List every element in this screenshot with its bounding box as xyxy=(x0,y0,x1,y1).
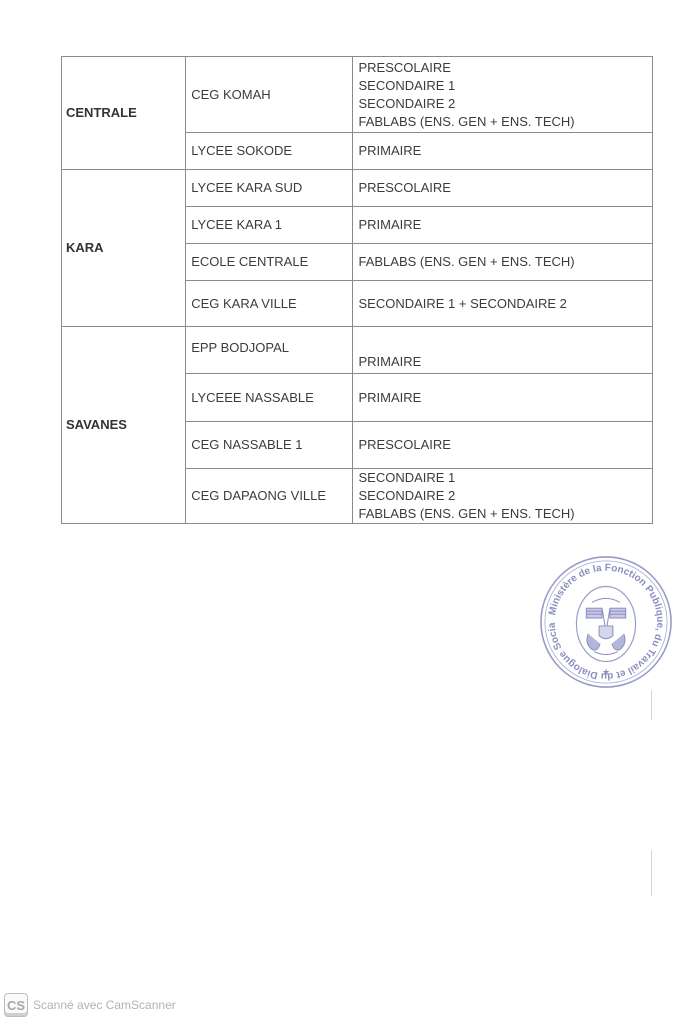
school-cell: LYCEE KARA SUD xyxy=(186,170,353,207)
level-cell: PRIMAIRE xyxy=(353,133,653,170)
level-cell: PRIMAIRE xyxy=(353,207,653,244)
region-cell: KARA xyxy=(62,170,186,327)
school-cell: ECOLE CENTRALE xyxy=(186,244,353,281)
star-icon: ★ xyxy=(602,667,610,677)
scan-artifact-line xyxy=(651,690,652,720)
level-item: PRESCOLAIRE xyxy=(358,59,647,77)
coat-of-arms-icon xyxy=(586,598,625,654)
level-cell: PRIMAIRE xyxy=(353,374,653,422)
level-cell: PRESCOLAIRE xyxy=(353,422,653,469)
level-item: PRIMAIRE xyxy=(358,389,647,407)
camscanner-watermark: CS Scanné avec CamScanner xyxy=(4,993,176,1017)
level-item: SECONDAIRE 2 xyxy=(358,95,647,113)
level-item: PRESCOLAIRE xyxy=(358,179,647,197)
level-cell: SECONDAIRE 1SECONDAIRE 2FABLABS (ENS. GE… xyxy=(353,469,653,524)
school-cell: LYCEEE NASSABLE xyxy=(186,374,353,422)
level-cell: FABLABS (ENS. GEN + ENS. TECH) xyxy=(353,244,653,281)
ministry-stamp: Ministère de la Fonction Publique, du Tr… xyxy=(537,553,675,691)
table-row: SAVANESEPP BODJOPALPRIMAIRE xyxy=(62,327,653,374)
level-cell: PRESCOLAIRESECONDAIRE 1SECONDAIRE 2FABLA… xyxy=(353,57,653,133)
level-item: PRIMAIRE xyxy=(358,353,647,371)
level-item: SECONDAIRE 1 + SECONDAIRE 2 xyxy=(358,295,647,313)
level-cell: PRESCOLAIRE xyxy=(353,170,653,207)
scan-artifact-line xyxy=(651,850,652,896)
schools-table: CENTRALECEG KOMAHPRESCOLAIRESECONDAIRE 1… xyxy=(61,56,653,524)
camscanner-logo-icon: CS xyxy=(4,993,28,1017)
level-item: SECONDAIRE 1 xyxy=(358,469,647,487)
school-cell: EPP BODJOPAL xyxy=(186,327,353,374)
school-cell: LYCEE SOKODE xyxy=(186,133,353,170)
level-item: FABLABS (ENS. GEN + ENS. TECH) xyxy=(358,505,647,523)
school-cell: LYCEE KARA 1 xyxy=(186,207,353,244)
level-item: SECONDAIRE 2 xyxy=(358,487,647,505)
level-cell: PRIMAIRE xyxy=(353,327,653,374)
region-cell: CENTRALE xyxy=(62,57,186,170)
camscanner-label: Scanné avec CamScanner xyxy=(33,998,176,1012)
school-cell: CEG DAPAONG VILLE xyxy=(186,469,353,524)
table-row: KARALYCEE KARA SUDPRESCOLAIRE xyxy=(62,170,653,207)
school-cell: CEG KARA VILLE xyxy=(186,281,353,327)
level-item: FABLABS (ENS. GEN + ENS. TECH) xyxy=(358,113,647,131)
region-cell: SAVANES xyxy=(62,327,186,524)
level-item: PRESCOLAIRE xyxy=(358,436,647,454)
scanned-page: CENTRALECEG KOMAHPRESCOLAIRESECONDAIRE 1… xyxy=(0,0,698,1024)
level-cell: SECONDAIRE 1 + SECONDAIRE 2 xyxy=(353,281,653,327)
level-item: PRIMAIRE xyxy=(358,216,647,234)
level-item: PRIMAIRE xyxy=(358,142,647,160)
table-row: CENTRALECEG KOMAHPRESCOLAIRESECONDAIRE 1… xyxy=(62,57,653,133)
level-item: FABLABS (ENS. GEN + ENS. TECH) xyxy=(358,253,647,271)
level-item: SECONDAIRE 1 xyxy=(358,77,647,95)
school-cell: CEG KOMAH xyxy=(186,57,353,133)
school-cell: CEG NASSABLE 1 xyxy=(186,422,353,469)
